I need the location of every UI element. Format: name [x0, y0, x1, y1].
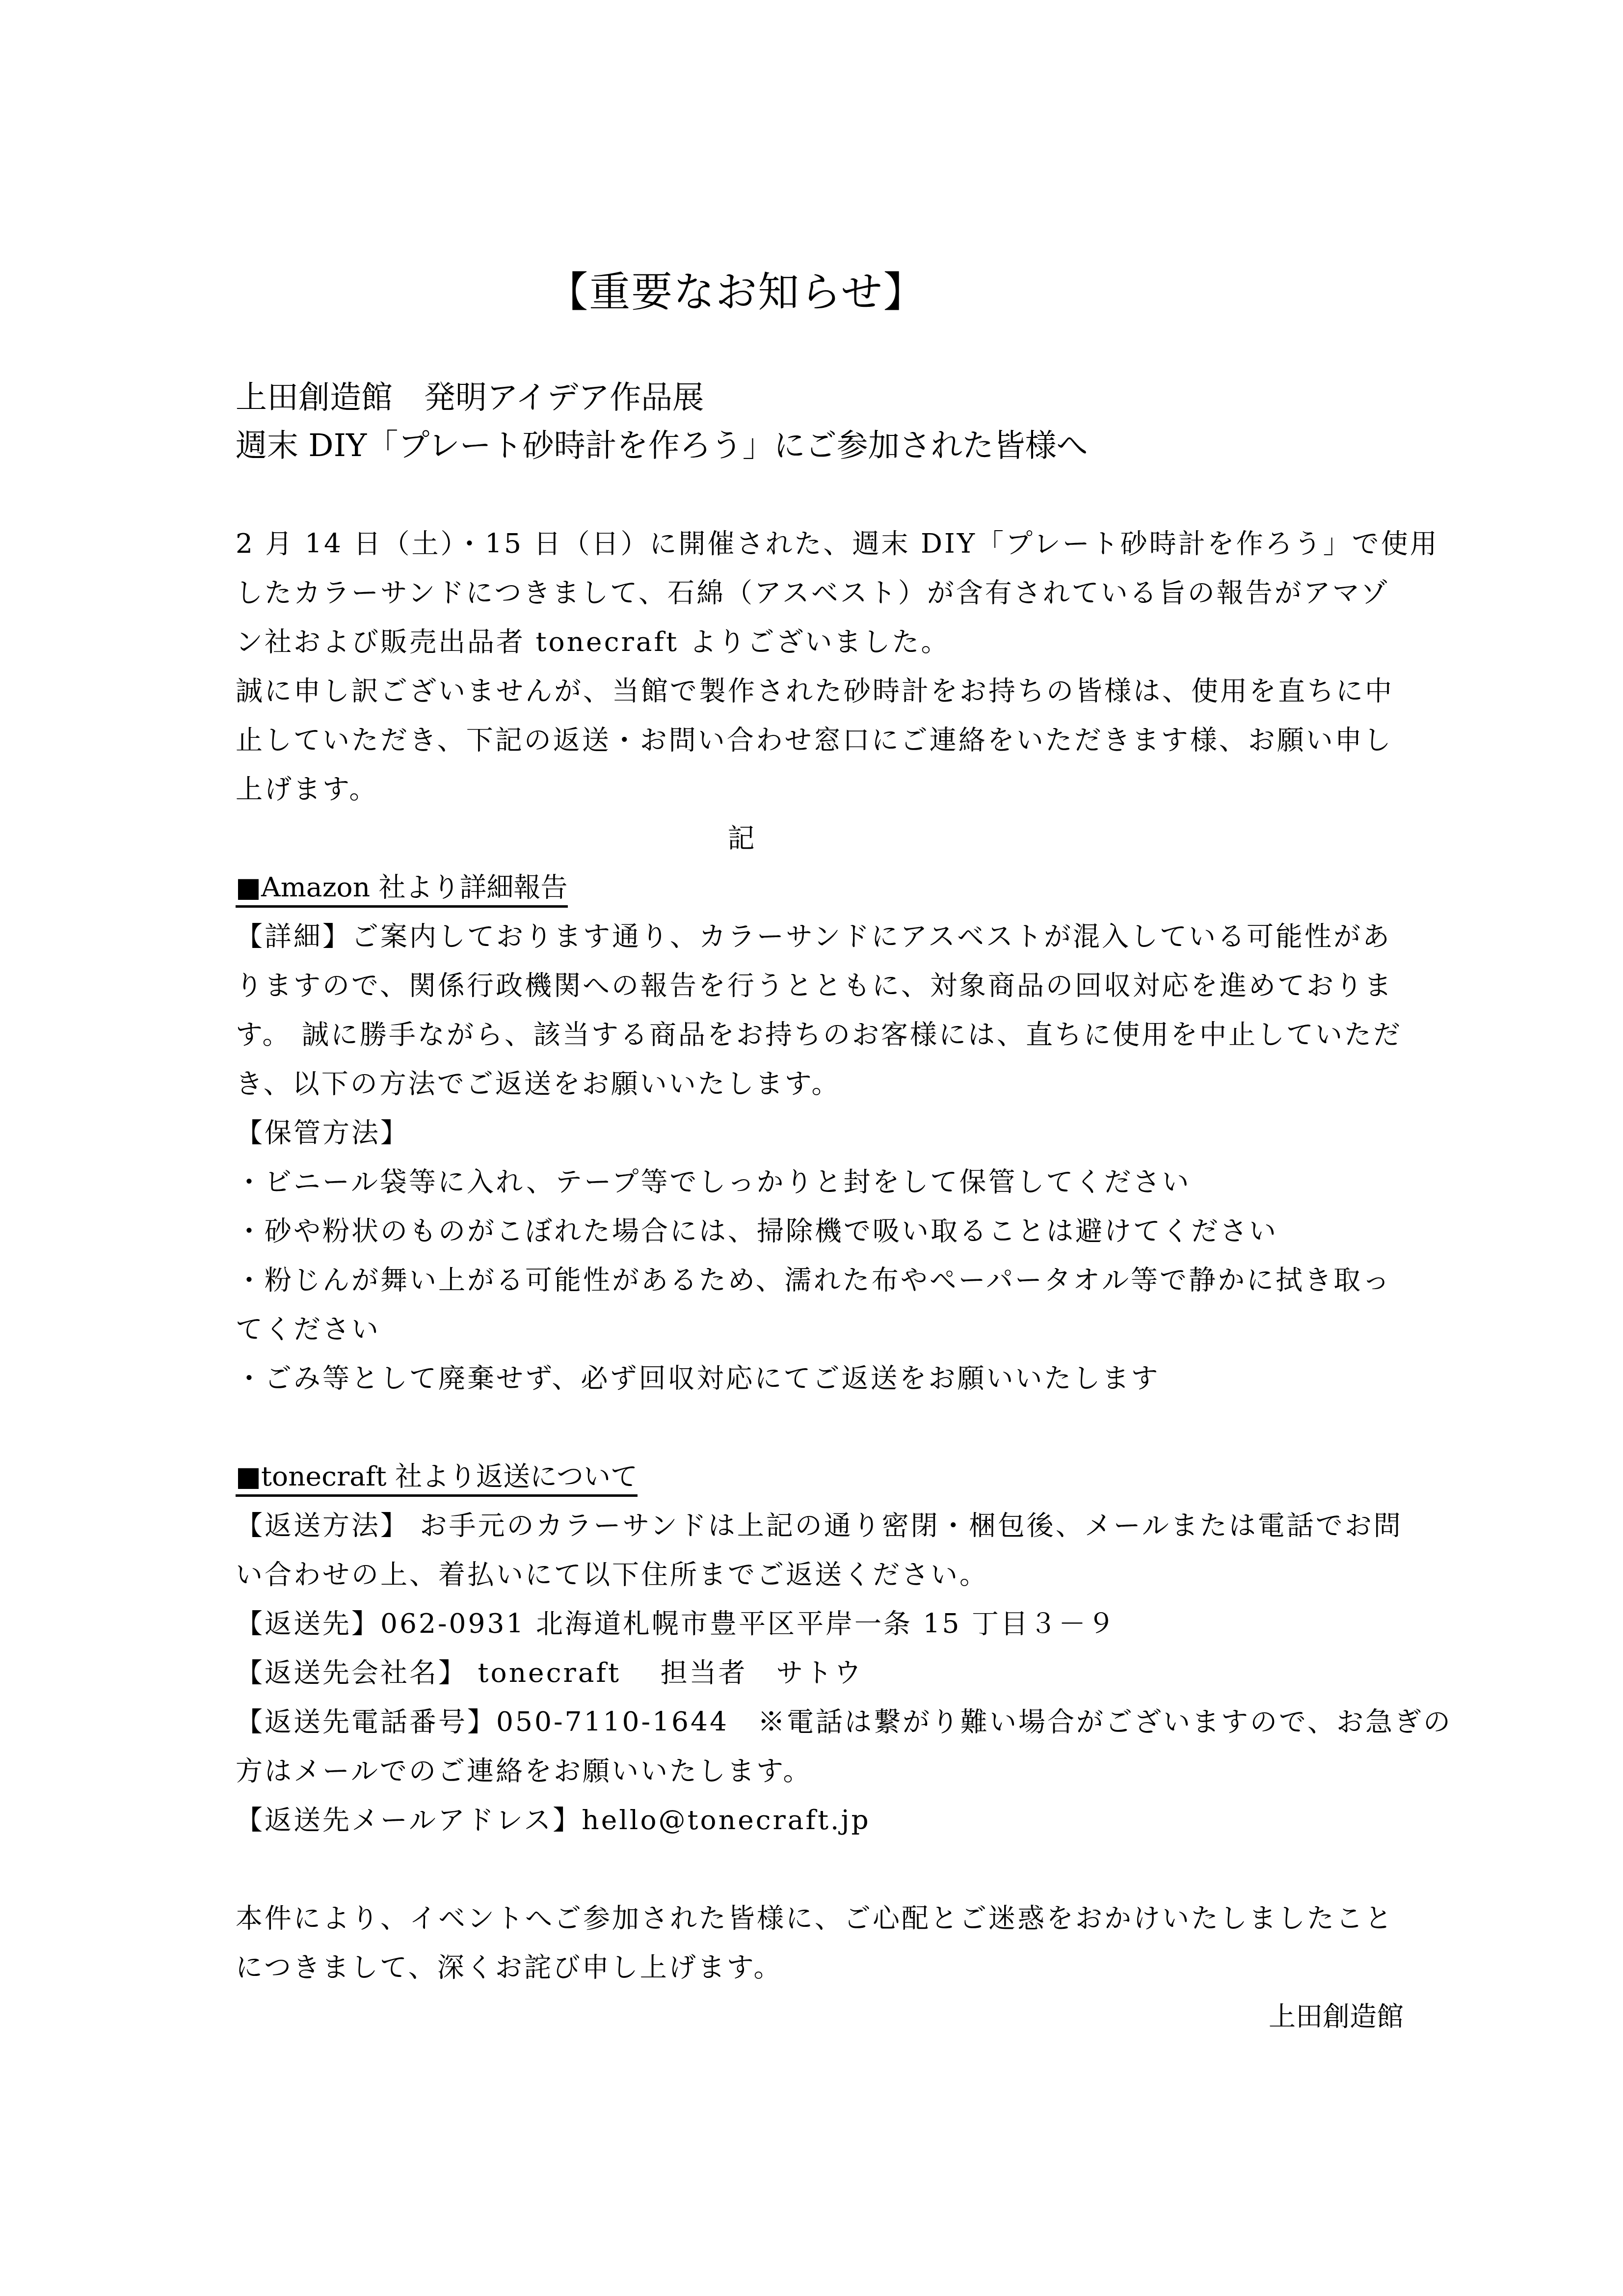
intro-line: 上げます。	[236, 772, 378, 806]
return-phone-line: 【返送先電話番号】050-7110-1644 ※電話は繋がり難い場合がございます…	[236, 1704, 1452, 1739]
detail-line: き、以下の方法でご返送をお願いいたします。	[236, 1066, 840, 1101]
ki-mark: 記	[236, 821, 1247, 855]
intro-line: 誠に申し訳ございませんが、当館で製作された砂時計をお持ちの皆様は、使用を直ちに中	[236, 674, 1394, 708]
return-phone-note: 方はメールでのご連絡をお願いいたします。	[236, 1754, 812, 1788]
intro-line: 2 月 14 日（土）・15 日（日）に開催された、週末 DIY「プレート砂時計…	[236, 526, 1439, 561]
storage-item: ・ごみ等として廃棄せず、必ず回収対応にてご返送をお願いいたします	[236, 1361, 1160, 1395]
intro-line: 止していただき、下記の返送・お問い合わせ窓口にご連絡をいただきます様、お願い申し	[236, 723, 1393, 757]
closing-line: 本件により、イベントへご参加された皆様に、ご心配とご迷惑をおかけいたしましたこと	[236, 1901, 1394, 1935]
signature: 上田創造館	[250, 1999, 1404, 2033]
return-email-line: 【返送先メールアドレス】hello@tonecraft.jp	[236, 1803, 871, 1837]
amazon-section-title: ■Amazon 社より詳細報告	[236, 870, 568, 908]
addressee-line-1: 上田創造館 発明アイデア作品展	[236, 378, 704, 417]
detail-line: 【詳細】ご案内しております通り、カラーサンドにアスベストが混入している可能性があ	[236, 919, 1391, 953]
storage-heading: 【保管方法】	[236, 1115, 409, 1150]
storage-item: ・ビニール袋等に入れ、テープ等でしっかりと封をして保管してください	[236, 1164, 1191, 1199]
intro-line: したカラーサンドにつきまして、石綿（アスベスト）が含有されている旨の報告がアマゾ	[236, 575, 1389, 610]
detail-line: りますので、関係行政機関への報告を行うとともに、対象商品の回収対応を進めておりま	[236, 968, 1393, 1002]
storage-item: ・砂や粉状のものがこぼれた場合には、掃除機で吸い取ることは避けてください	[236, 1214, 1278, 1248]
intro-line: ン社および販売出品者 tonecraft よりございました。	[236, 624, 950, 659]
addressee-line-2: 週末 DIY「プレート砂時計を作ろう」にご参加された皆様へ	[236, 426, 1088, 465]
storage-item-continued: てください	[236, 1312, 380, 1346]
return-company-line: 【返送先会社名】 tonecraft 担当者 サトウ	[236, 1655, 863, 1690]
detail-line: す。 誠に勝手ながら、該当する商品をお持ちのお客様には、直ちに使用を中止していた…	[236, 1017, 1402, 1052]
return-method-line: 【返送方法】 お手元のカラーサンドは上記の通り密閉・梱包後、メールまたは電話でお…	[236, 1508, 1403, 1542]
return-address-line: 【返送先】062-0931 北海道札幌市豊平区平岸一条 15 丁目３－９	[236, 1606, 1117, 1641]
tonecraft-section-title: ■tonecraft 社より返送について	[236, 1459, 638, 1497]
storage-item: ・粉じんが舞い上がる可能性があるため、濡れた布やペーパータオル等で静かに拭き取っ	[236, 1263, 1391, 1297]
document-title: 【重要なお知らせ】	[236, 268, 1237, 317]
closing-line: につきまして、深くお詫び申し上げます。	[236, 1950, 782, 1984]
return-method-line: い合わせの上、着払いにて以下住所までご返送ください。	[236, 1557, 988, 1592]
